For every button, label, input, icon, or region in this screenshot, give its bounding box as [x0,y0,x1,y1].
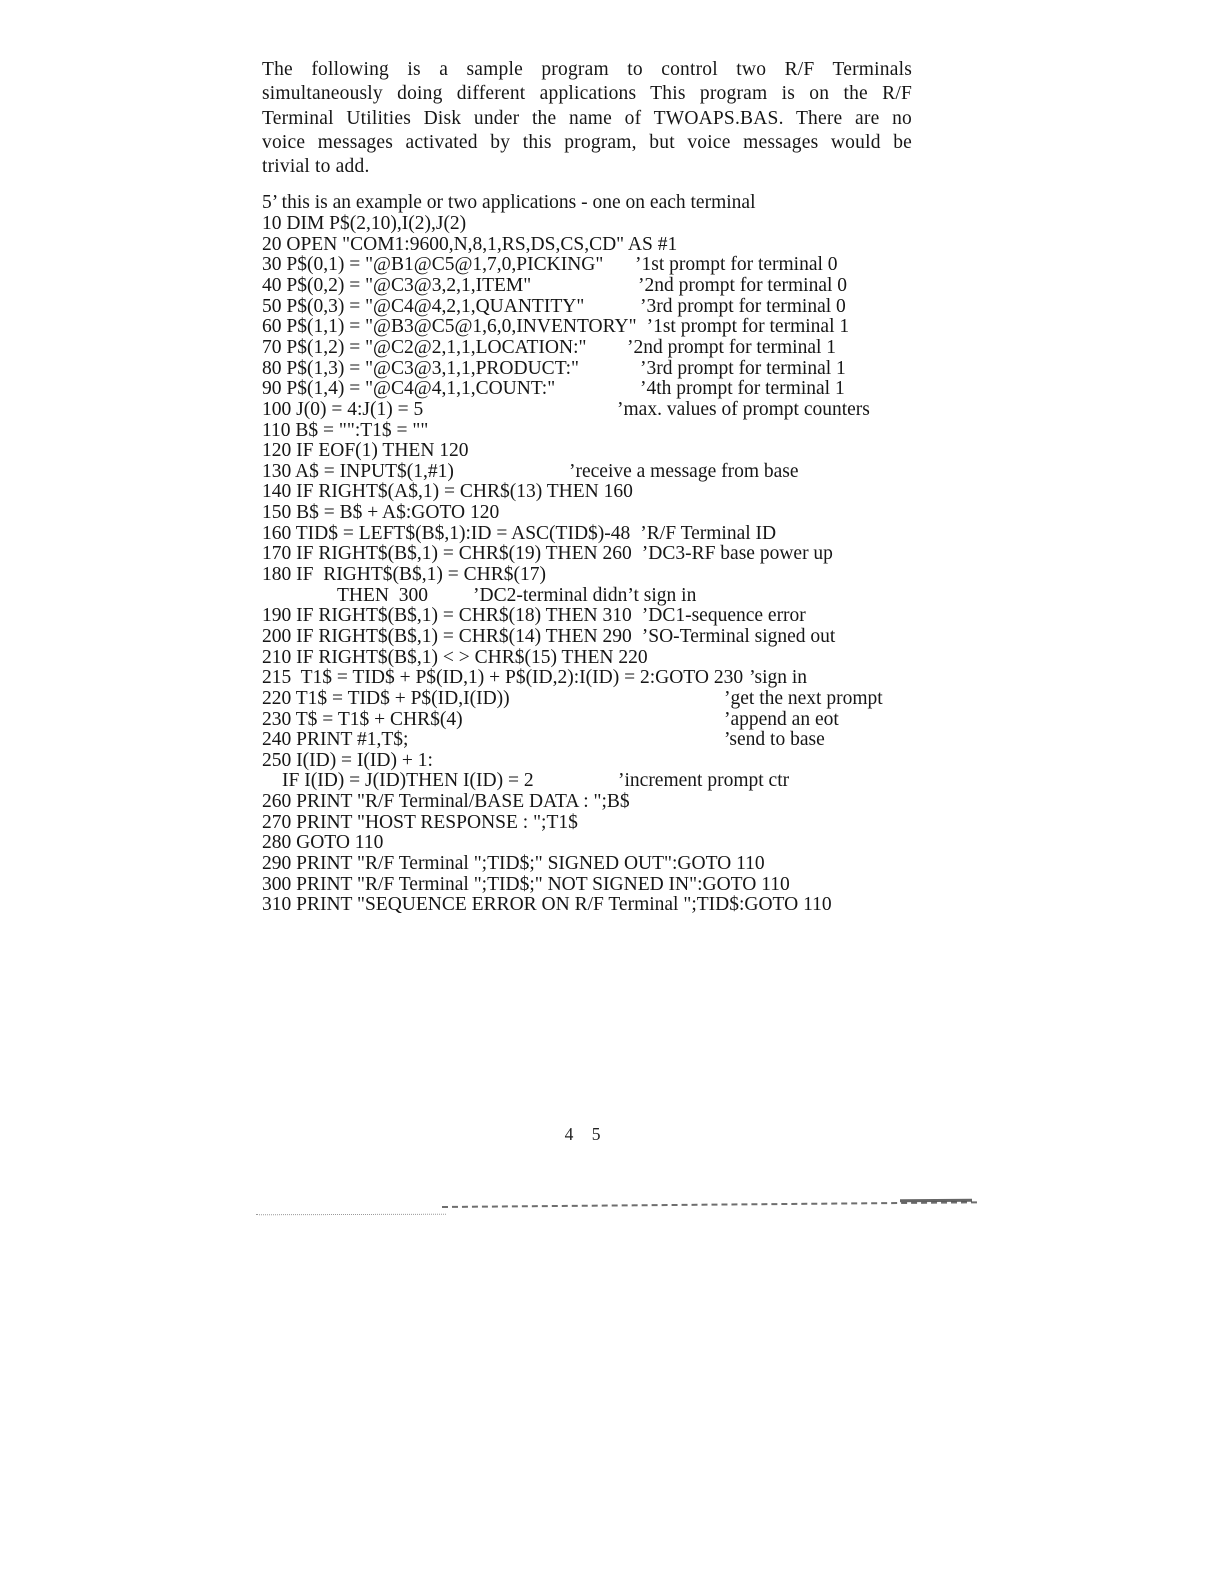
code-comment: ’increment prompt ctr [618,771,789,792]
code-text: 180 IF RIGHT$(B$,1) = CHR$(17) [262,564,546,585]
code-text: 160 TID$ = LEFT$(B$,1):ID = ASC(TID$)-48 [262,523,630,544]
code-line: IF I(ID) = J(ID)THEN I(ID) = 2’increment… [262,771,982,792]
code-text: 190 IF RIGHT$(B$,1) = CHR$(18) THEN 310 [262,605,632,626]
code-line: 110 B$ = "":T1$ = "" [262,421,982,442]
code-text: 240 PRINT #1,T$; [262,729,408,750]
code-line: 40 P$(0,2) = "@C3@3,2,1,ITEM"’2nd prompt… [262,276,982,297]
code-comment: ’DC1-sequence error [642,605,806,626]
code-line: 280 GOTO 110 [262,833,982,854]
code-text: 10 DIM P$(2,10),I(2),J(2) [262,213,466,234]
intro-line: simultaneously doing different applicati… [262,82,912,106]
code-comment: ’3rd prompt for terminal 0 [640,297,846,318]
scan-artifact-dots [256,1214,446,1215]
code-line: 130 A$ = INPUT$(1,#1)’receive a message … [262,462,982,483]
code-line: 310 PRINT "SEQUENCE ERROR ON R/F Termina… [262,895,982,916]
code-line: 150 B$ = B$ + A$:GOTO 120 [262,503,982,524]
code-text: 220 T1$ = TID$ + P$(ID,I(ID)) [262,688,510,709]
code-comment: ’receive a message from base [569,462,799,483]
code-text: 150 B$ = B$ + A$:GOTO 120 [262,502,499,523]
code-text: 70 P$(1,2) = "@C2@2,1,1,LOCATION:" [262,337,586,358]
code-line: 215 T1$ = TID$ + P$(ID,1) + P$(ID,2):I(I… [262,668,982,689]
code-line: 300 PRINT "R/F Terminal ";TID$;" NOT SIG… [262,875,982,896]
code-text: 110 B$ = "":T1$ = "" [262,420,428,441]
code-line: 50 P$(0,3) = "@C4@4,2,1,QUANTITY"’3rd pr… [262,297,982,318]
code-line: 60 P$(1,1) = "@B3@C5@1,6,0,INVENTORY"’1s… [262,317,982,338]
code-line: 30 P$(0,1) = "@B1@C5@1,7,0,PICKING"’1st … [262,255,982,276]
code-text: 210 IF RIGHT$(B$,1) < > CHR$(15) THEN 22… [262,647,648,668]
code-comment: ’SO-Terminal signed out [642,626,836,647]
code-text: 60 P$(1,1) = "@B3@C5@1,6,0,INVENTORY" [262,316,637,337]
code-comment: ’send to base [724,730,825,751]
scanned-document-page: The following is a sample program to con… [0,0,1224,1584]
code-text: 270 PRINT "HOST RESPONSE : ";T1$ [262,812,578,833]
intro-line: Terminal Utilities Disk under the name o… [262,107,912,131]
code-line: 170 IF RIGHT$(B$,1) = CHR$(19) THEN 260’… [262,544,982,565]
intro-line: The following is a sample program to con… [262,58,912,82]
intro-paragraph: The following is a sample program to con… [262,58,912,179]
code-line: 20 OPEN "COM1:9600,N,8,1,RS,DS,CS,CD" AS… [262,235,982,256]
code-line: 210 IF RIGHT$(B$,1) < > CHR$(15) THEN 22… [262,648,982,669]
code-comment: ’get the next prompt [724,689,883,710]
intro-line: trivial to add. [262,155,912,179]
code-comment: ’2nd prompt for terminal 1 [627,338,836,359]
code-text: 140 IF RIGHT$(A$,1) = CHR$(13) THEN 160 [262,481,633,502]
page-content: The following is a sample program to con… [262,58,982,916]
code-text: THEN 300 [337,585,428,606]
code-text: 50 P$(0,3) = "@C4@4,2,1,QUANTITY" [262,296,584,317]
code-text: 260 PRINT "R/F Terminal/BASE DATA : ";B$ [262,791,630,812]
code-text: 200 IF RIGHT$(B$,1) = CHR$(14) THEN 290 [262,626,632,647]
code-line: 270 PRINT "HOST RESPONSE : ";T1$ [262,813,982,834]
code-comment: ’max. values of prompt counters [617,400,870,421]
code-text: 280 GOTO 110 [262,832,383,853]
code-line: 10 DIM P$(2,10),I(2),J(2) [262,214,982,235]
code-line: 190 IF RIGHT$(B$,1) = CHR$(18) THEN 310’… [262,606,982,627]
code-text: 215 T1$ = TID$ + P$(ID,1) + P$(ID,2):I(I… [262,667,743,688]
code-text: 250 I(ID) = I(ID) + 1: [262,750,433,771]
code-text: 30 P$(0,1) = "@B1@C5@1,7,0,PICKING" [262,254,603,275]
page-number: 4 5 [0,1124,1172,1145]
code-line: 120 IF EOF(1) THEN 120 [262,441,982,462]
code-line: 5’ this is an example or two application… [262,193,982,214]
code-line: THEN 300’DC2-terminal didn’t sign in [262,586,982,607]
code-comment: ’3rd prompt for terminal 1 [640,359,846,380]
code-comment: ’sign in [749,667,807,688]
scan-artifact-tail [900,1199,972,1203]
code-comment: ’DC3-RF base power up [642,543,833,564]
code-text: 290 PRINT "R/F Terminal ";TID$;" SIGNED … [262,853,765,874]
code-line: 90 P$(1,4) = "@C4@4,1,1,COUNT:"’4th prom… [262,379,982,400]
code-line: 250 I(ID) = I(ID) + 1: [262,751,982,772]
code-comment: ’DC2-terminal didn’t sign in [473,585,696,606]
code-text: 120 IF EOF(1) THEN 120 [262,440,469,461]
code-text: 100 J(0) = 4:J(1) = 5 [262,399,423,420]
code-comment: ’4th prompt for terminal 1 [640,379,845,400]
code-comment: ’1st prompt for terminal 1 [647,316,850,337]
code-comment: ’2nd prompt for terminal 0 [638,276,847,297]
code-text: 5’ this is an example or two application… [262,192,756,213]
code-listing: 5’ this is an example or two application… [262,193,982,915]
code-text: 80 P$(1,3) = "@C3@3,1,1,PRODUCT:" [262,358,579,379]
code-text: 40 P$(0,2) = "@C3@3,2,1,ITEM" [262,275,531,296]
code-text: IF I(ID) = J(ID)THEN I(ID) = 2 [282,770,534,791]
code-text: 170 IF RIGHT$(B$,1) = CHR$(19) THEN 260 [262,543,632,564]
code-line: 240 PRINT #1,T$;’send to base [262,730,982,751]
code-comment: ’append an eot [724,710,839,731]
code-text: 230 T$ = T1$ + CHR$(4) [262,709,463,730]
code-line: 220 T1$ = TID$ + P$(ID,I(ID))’get the ne… [262,689,982,710]
code-line: 290 PRINT "R/F Terminal ";TID$;" SIGNED … [262,854,982,875]
code-line: 80 P$(1,3) = "@C3@3,1,1,PRODUCT:"’3rd pr… [262,359,982,380]
intro-line: voice messages activated by this program… [262,131,912,155]
code-comment: ’R/F Terminal ID [640,523,776,544]
code-line: 230 T$ = T1$ + CHR$(4)’append an eot [262,710,982,731]
code-line: 200 IF RIGHT$(B$,1) = CHR$(14) THEN 290’… [262,627,982,648]
code-text: 310 PRINT "SEQUENCE ERROR ON R/F Termina… [262,894,832,915]
code-line: 70 P$(1,2) = "@C2@2,1,1,LOCATION:"’2nd p… [262,338,982,359]
code-text: 90 P$(1,4) = "@C4@4,1,1,COUNT:" [262,378,555,399]
code-line: 180 IF RIGHT$(B$,1) = CHR$(17) [262,565,982,586]
code-line: 140 IF RIGHT$(A$,1) = CHR$(13) THEN 160 [262,482,982,503]
code-line: 160 TID$ = LEFT$(B$,1):ID = ASC(TID$)-48… [262,524,982,545]
code-line: 100 J(0) = 4:J(1) = 5’max. values of pro… [262,400,982,421]
code-text: 20 OPEN "COM1:9600,N,8,1,RS,DS,CS,CD" AS… [262,234,677,255]
scan-artifact-line [442,1201,977,1208]
code-text: 300 PRINT "R/F Terminal ";TID$;" NOT SIG… [262,874,790,895]
code-line: 260 PRINT "R/F Terminal/BASE DATA : ";B$ [262,792,982,813]
code-comment: ’1st prompt for terminal 0 [635,255,838,276]
code-text: 130 A$ = INPUT$(1,#1) [262,461,454,482]
